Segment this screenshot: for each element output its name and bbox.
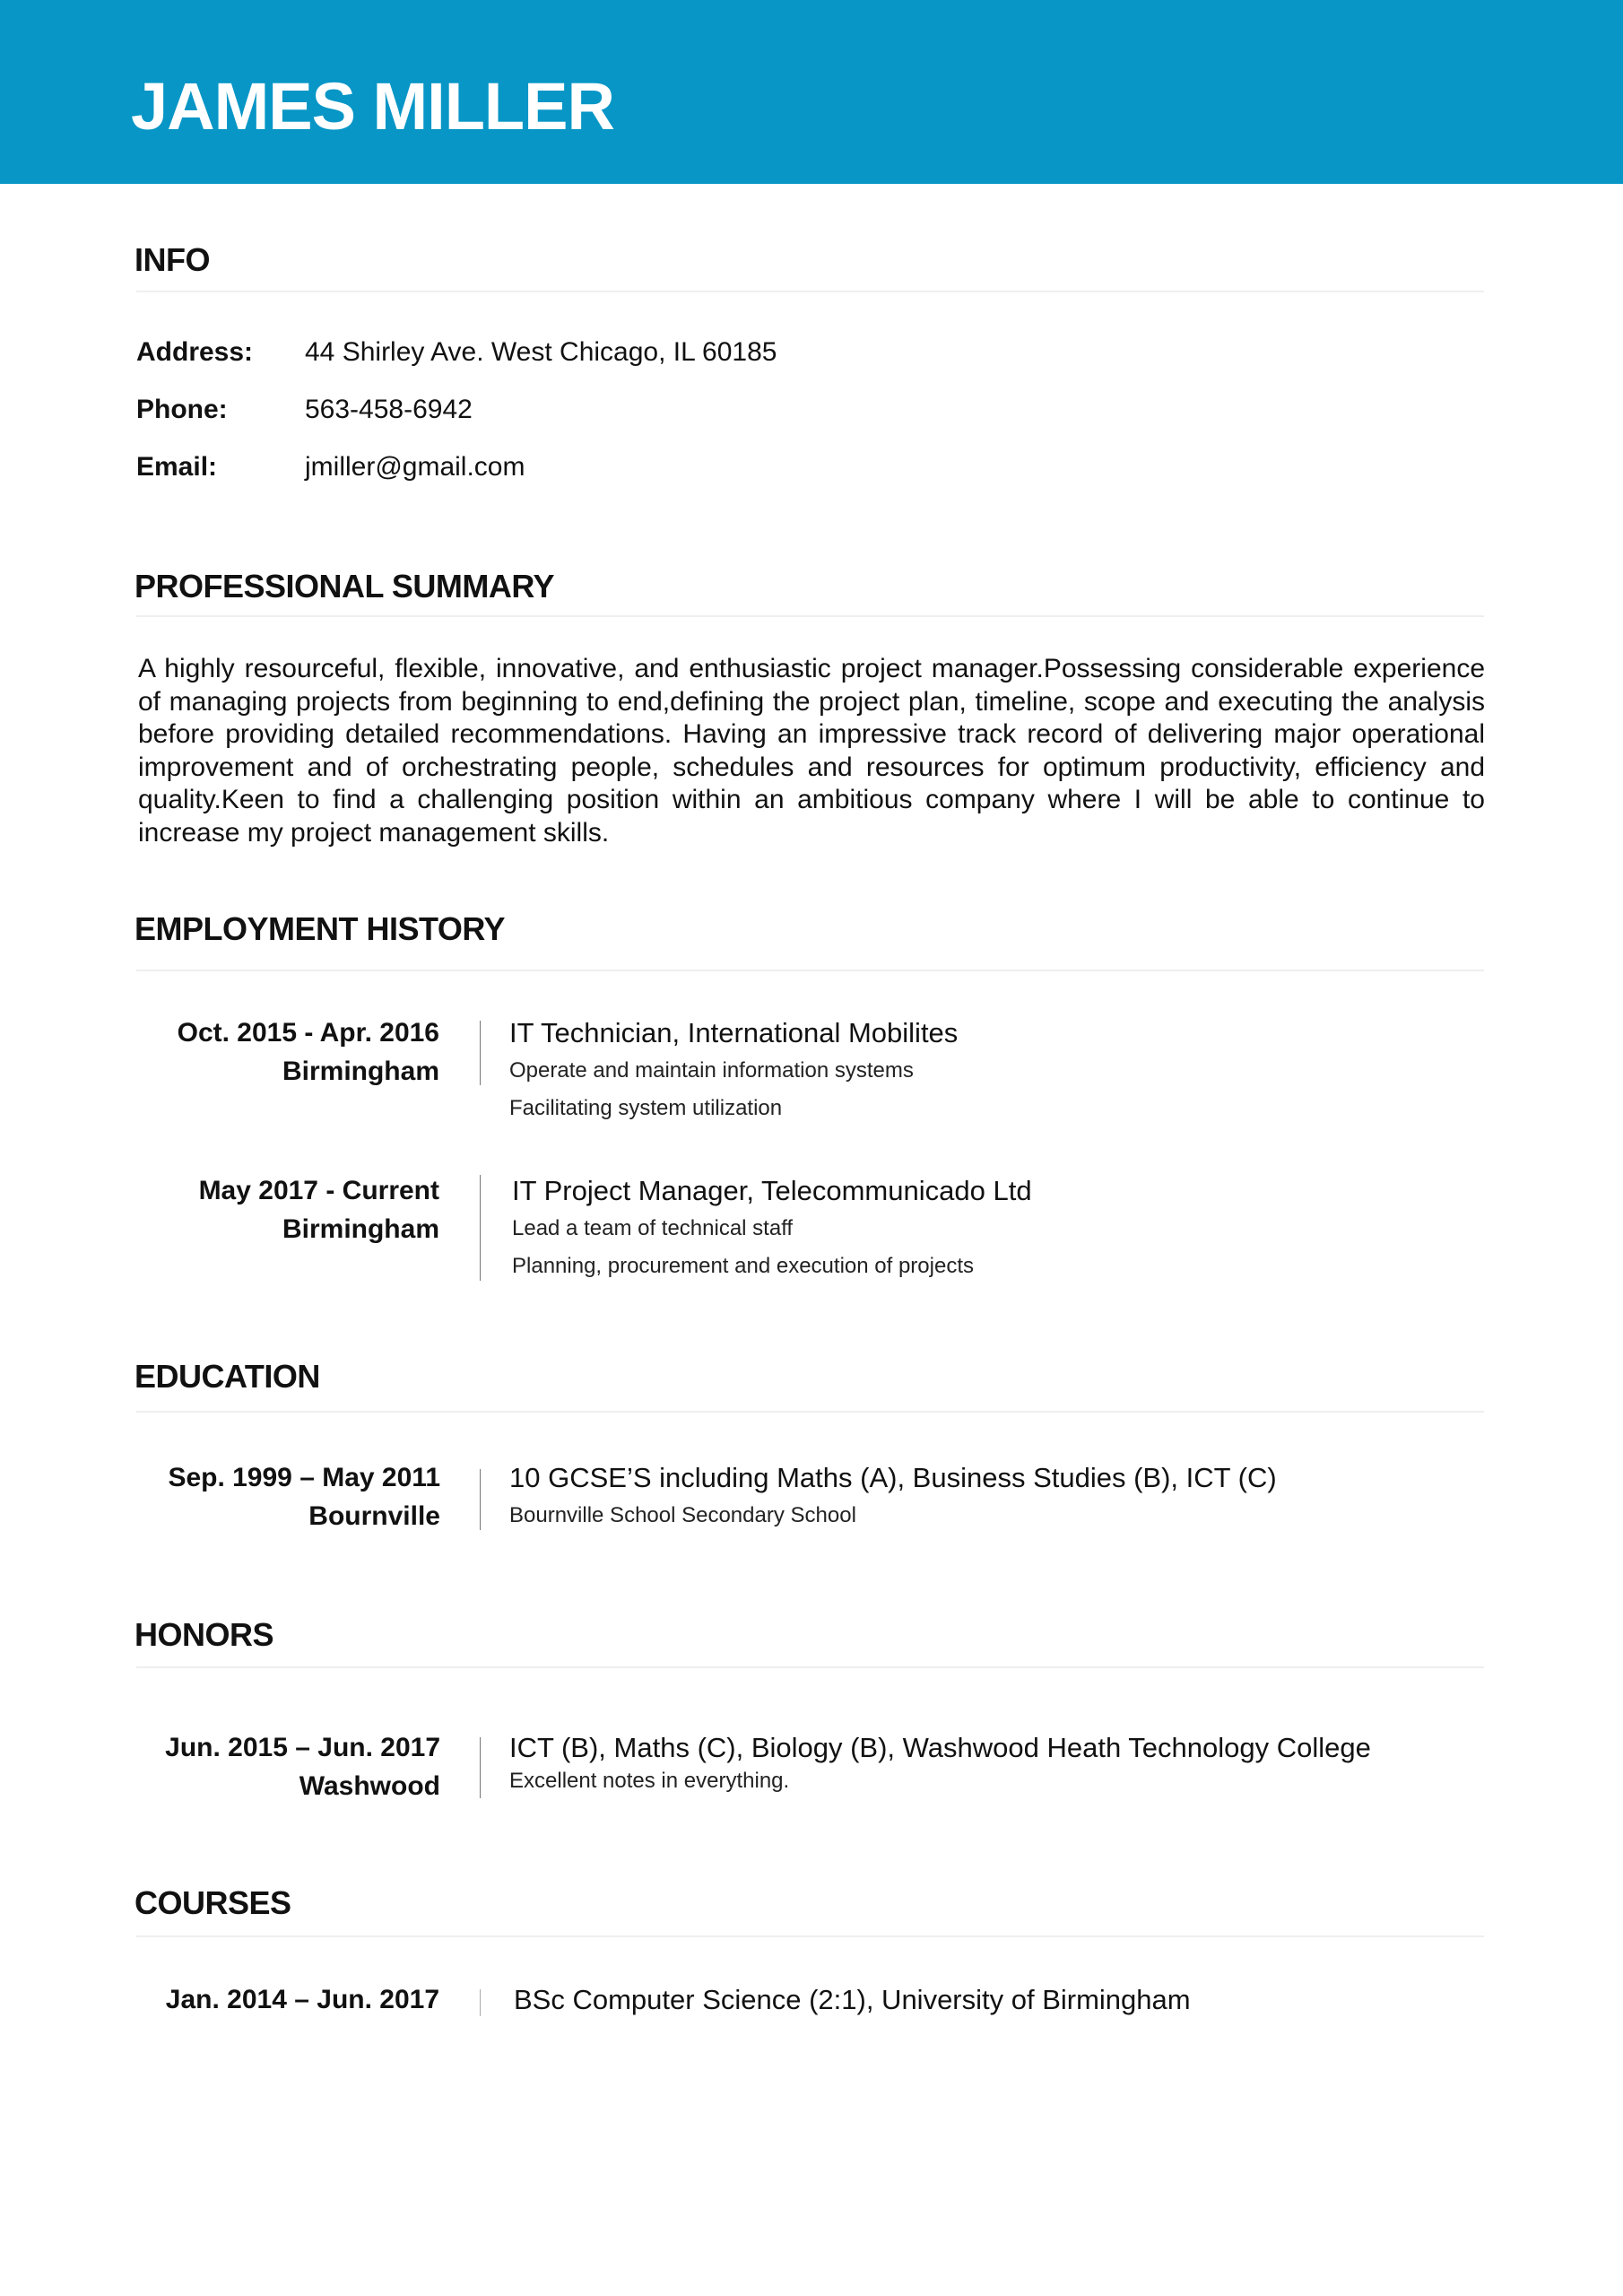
section-divider [136,615,1484,617]
entry-title: IT Project Manager, Telecommunicado Ltd [512,1171,1032,1210]
entry-title: ICT (B), Maths (C), Biology (B), Washwoo… [509,1728,1371,1767]
info-label: Phone: [136,396,228,423]
entry-dates-block: Jan. 2014 – Jun. 2017 [166,1980,439,2019]
entry-dates-block: May 2017 - Current Birmingham [199,1171,439,1248]
section-title-info: INFO [135,244,210,276]
entry-dates: Jun. 2015 – Jun. 2017 [165,1728,440,1767]
entry-content: IT Technician, International Mobilites O… [509,1013,958,1127]
section-divider [136,1411,1484,1413]
entry-detail: Planning, procurement and execution of p… [512,1248,1032,1285]
info-value: 563-458-6942 [305,396,473,423]
entry-title: IT Technician, International Mobilites [509,1013,958,1052]
info-value: 44 Shirley Ave. West Chicago, IL 60185 [305,339,777,366]
entry-divider [480,1737,481,1798]
entry-dates-block: Jun. 2015 – Jun. 2017 Washwood [165,1728,440,1805]
entry-dates: May 2017 - Current [199,1171,439,1210]
info-label: Address: [136,339,253,366]
entry-detail: Excellent notes in everything. [509,1767,1371,1796]
entry-detail: Operate and maintain information systems [509,1052,958,1090]
entry-detail: Lead a team of technical staff [512,1210,1032,1248]
entry-divider [480,1989,481,2016]
section-divider [136,291,1484,292]
entry-detail: Facilitating system utilization [509,1090,958,1127]
entry-divider [480,1021,481,1085]
section-divider [136,1666,1484,1668]
entry-title: BSc Computer Science (2:1), University o… [514,1980,1191,2019]
entry-content: 10 GCSE’S including Maths (A), Business … [509,1458,1277,1535]
entry-location: Birmingham [178,1052,439,1091]
entry-content: IT Project Manager, Telecommunicado Ltd … [512,1171,1032,1285]
entry-divider [480,1469,481,1530]
section-title-honors: HONORS [135,1619,273,1651]
entry-detail: Bournville School Secondary School [509,1497,1277,1535]
summary-text: A highly resourceful, flexible, innovati… [138,653,1485,850]
section-title-courses: COURSES [135,1887,291,1919]
info-label: Email: [136,454,217,481]
section-divider [136,1935,1484,1937]
entry-content: BSc Computer Science (2:1), University o… [514,1980,1191,2019]
entry-dates: Oct. 2015 - Apr. 2016 [178,1013,439,1052]
entry-title: 10 GCSE’S including Maths (A), Business … [509,1458,1277,1497]
entry-location: Birmingham [199,1210,439,1248]
section-title-employment: EMPLOYMENT HISTORY [135,913,505,945]
email-link[interactable]: jmiller@gmail.com [305,454,525,481]
candidate-name: JAMES MILLER [131,74,614,140]
entry-dates-block: Oct. 2015 - Apr. 2016 Birmingham [178,1013,439,1091]
entry-dates: Jan. 2014 – Jun. 2017 [166,1980,439,2019]
entry-divider [480,1175,481,1281]
section-divider [136,970,1484,971]
header-banner: JAMES MILLER [0,0,1623,184]
section-title-summary: PROFESSIONAL SUMMARY [135,570,554,603]
entry-dates-block: Sep. 1999 – May 2011 Bournville [168,1458,440,1535]
section-title-education: EDUCATION [135,1361,320,1393]
entry-location: Washwood [165,1767,440,1805]
entry-dates: Sep. 1999 – May 2011 [168,1458,440,1497]
entry-location: Bournville [168,1497,440,1535]
entry-content: ICT (B), Maths (C), Biology (B), Washwoo… [509,1728,1371,1796]
